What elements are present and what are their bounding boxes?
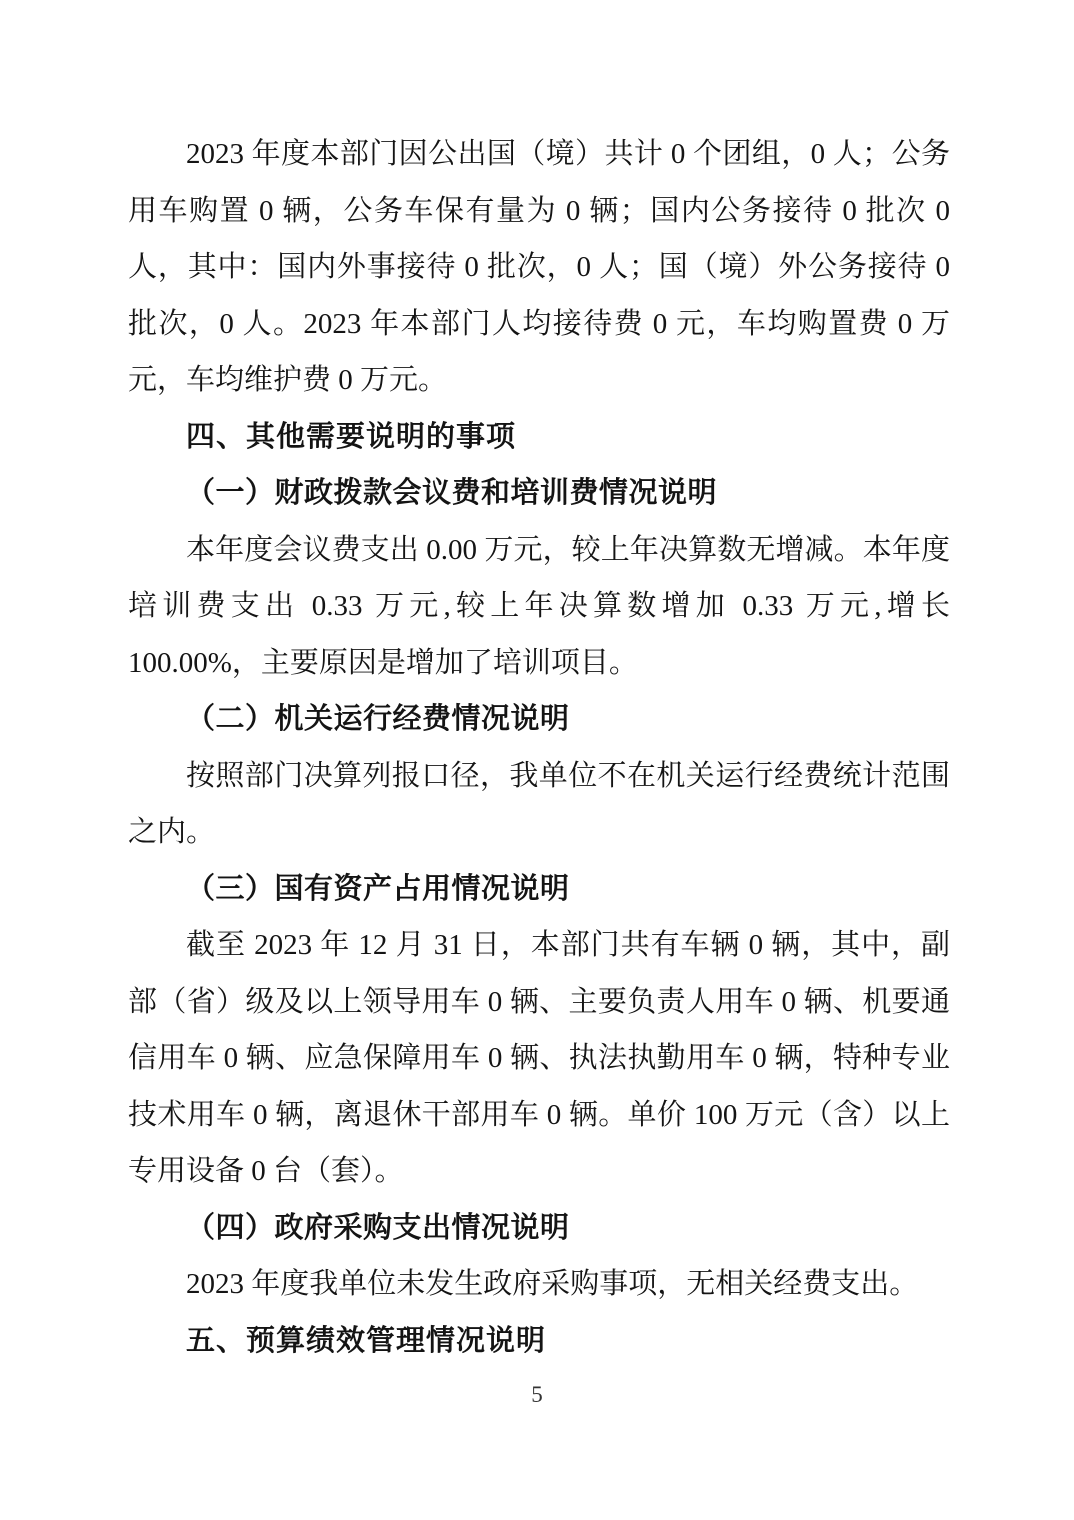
paragraph-government-procurement: 2023 年度我单位未发生政府采购事项，无相关经费支出。 <box>128 1256 950 1313</box>
page-number: 5 <box>0 1381 1074 1409</box>
document-body: 2023 年度本部门因公出国（境）共计 0 个团组，0 人；公务用车购置 0 辆… <box>128 126 950 1369</box>
paragraph-agency-operating-funds: 按照部门决算列报口径，我单位不在机关运行经费统计范围之内。 <box>128 748 950 861</box>
paragraph-state-assets: 截至 2023 年 12 月 31 日，本部门共有车辆 0 辆，其中，副部（省）… <box>128 917 950 1200</box>
heading-agency-operating-funds: （二）机关运行经费情况说明 <box>128 691 950 748</box>
paragraph-meeting-training-fees: 本年度会议费支出 0.00 万元，较上年决算数无增减。本年度培训费支出 0.33… <box>128 522 950 692</box>
heading-section-four: 四、其他需要说明的事项 <box>128 409 950 466</box>
heading-section-five: 五、预算绩效管理情况说明 <box>128 1313 950 1370</box>
heading-state-assets: （三）国有资产占用情况说明 <box>128 861 950 918</box>
document-page: 2023 年度本部门因公出国（境）共计 0 个团组，0 人；公务用车购置 0 辆… <box>0 0 1074 1520</box>
heading-government-procurement: （四）政府采购支出情况说明 <box>128 1200 950 1257</box>
paragraph-sangong-expenses: 2023 年度本部门因公出国（境）共计 0 个团组，0 人；公务用车购置 0 辆… <box>128 126 950 409</box>
heading-meeting-training-fees: （一）财政拨款会议费和培训费情况说明 <box>128 465 950 522</box>
